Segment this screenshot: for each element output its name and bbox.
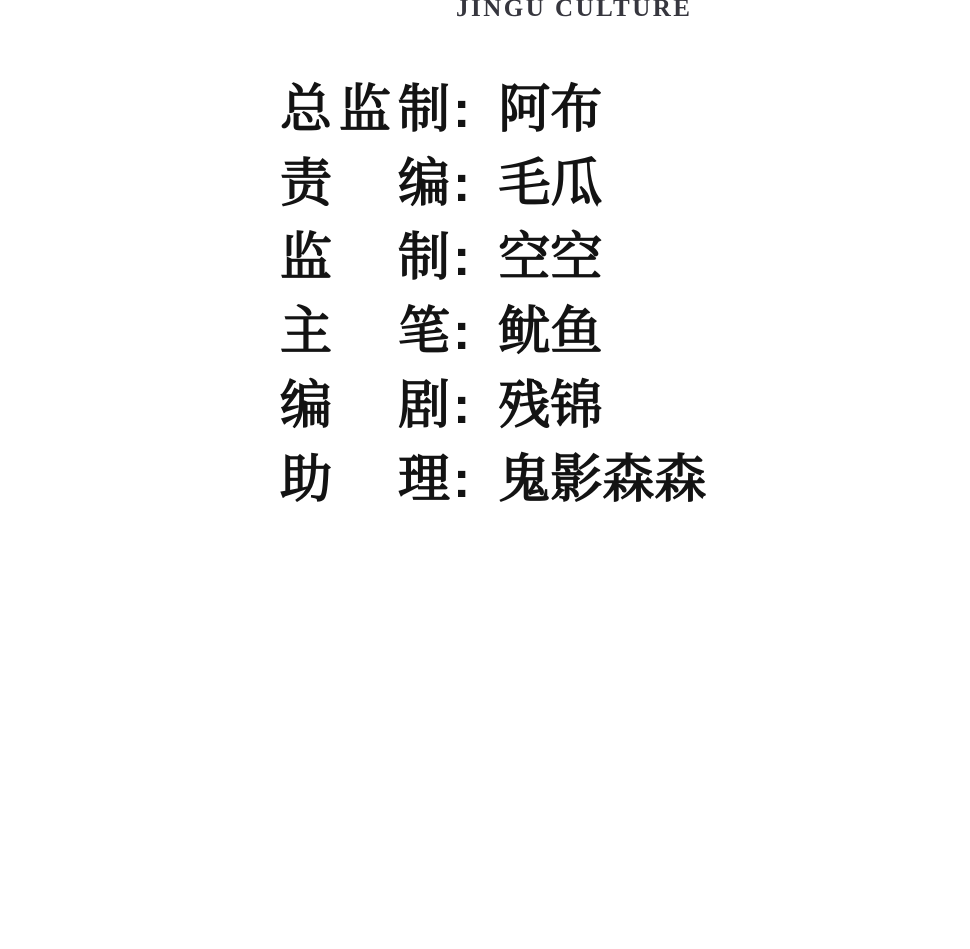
credit-colon: :	[453, 369, 470, 443]
role-char: 编	[398, 147, 450, 221]
credit-name: 残锦	[498, 369, 602, 443]
credit-row: 助 理 : 鬼影森森	[280, 443, 706, 517]
credit-name: 毛瓜	[498, 147, 602, 221]
credit-role-label: 编 剧	[280, 369, 450, 443]
credit-name: 阿布	[498, 73, 602, 147]
credit-name: 空空	[498, 221, 602, 295]
role-char: 主	[280, 295, 332, 369]
role-char: 制	[398, 73, 450, 147]
credit-row: 责 编 : 毛瓜	[280, 147, 706, 221]
role-char: 编	[280, 369, 332, 443]
credit-row: 主 笔 : 鱿鱼	[280, 295, 706, 369]
credit-colon: :	[453, 73, 470, 147]
role-char: 理	[398, 443, 450, 517]
credit-role-label: 主 笔	[280, 295, 450, 369]
brand-text: JINGU CULTURE	[456, 0, 692, 23]
role-char: 总	[280, 73, 332, 147]
role-char: 剧	[398, 369, 450, 443]
credit-role-label: 监 制	[280, 221, 450, 295]
role-char: 制	[398, 221, 450, 295]
credits-list: 总 监 制 : 阿布 责 编 : 毛瓜 监 制 : 空空 主 笔 : 鱿鱼 编	[280, 73, 706, 517]
credit-colon: :	[453, 443, 470, 517]
role-char: 监	[280, 221, 332, 295]
credit-role-label: 助 理	[280, 443, 450, 517]
role-char: 监	[339, 73, 391, 147]
role-char: 笔	[398, 295, 450, 369]
credit-name: 鬼影森森	[498, 443, 706, 517]
role-char: 助	[280, 443, 332, 517]
credit-role-label: 总 监 制	[280, 73, 450, 147]
credit-name: 鱿鱼	[498, 295, 602, 369]
credit-colon: :	[453, 221, 470, 295]
credit-row: 监 制 : 空空	[280, 221, 706, 295]
credit-role-label: 责 编	[280, 147, 450, 221]
role-char: 责	[280, 147, 332, 221]
credit-colon: :	[453, 147, 470, 221]
credit-row: 总 监 制 : 阿布	[280, 73, 706, 147]
credit-colon: :	[453, 295, 470, 369]
credit-row: 编 剧 : 残锦	[280, 369, 706, 443]
credits-page: { "page": { "background": "#ffffff", "te…	[0, 0, 970, 949]
